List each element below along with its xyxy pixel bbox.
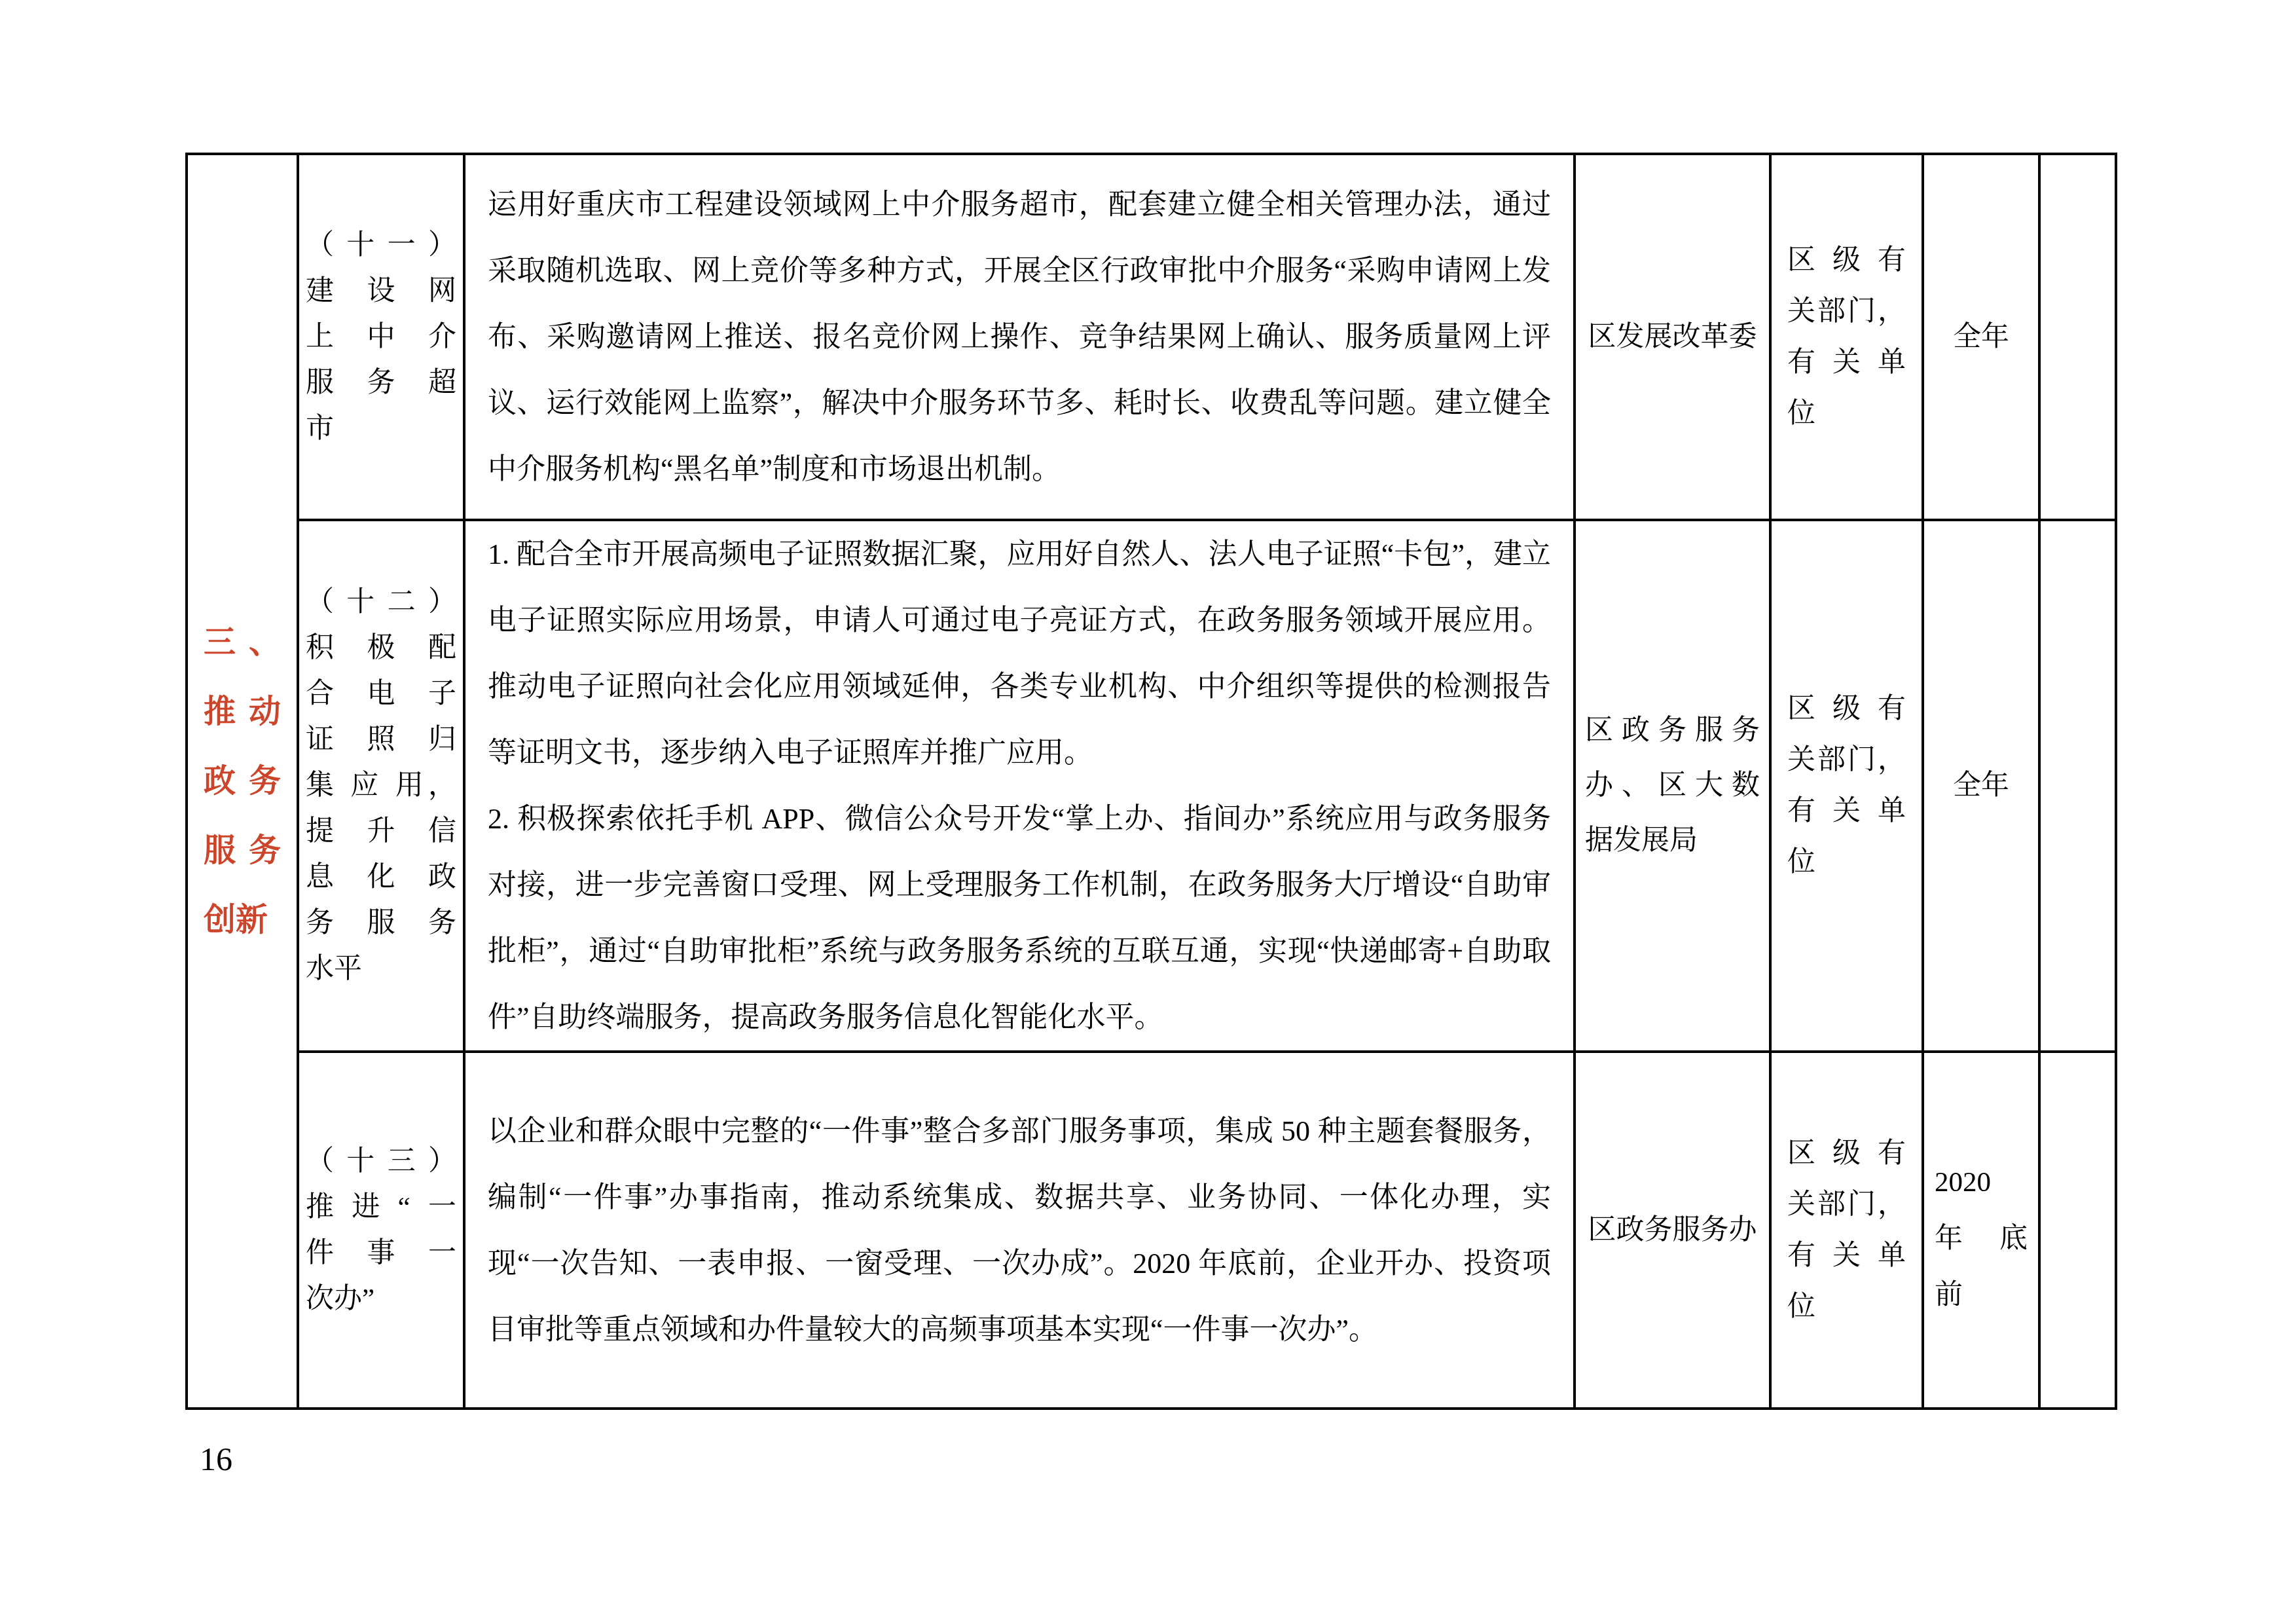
work-plan-table: 三、推 动政 务服 务创新 （十一）建 设 网上 中 介服 务 超市 运用好重庆… [185, 153, 2117, 1410]
cooperating-cell: 区 级 有关部门，有 关 单位 [1770, 1052, 1923, 1409]
description-cell: 以企业和群众眼中完整的“一件事”整合多部门服务事项，集成 50 种主题套餐服务，… [464, 1052, 1575, 1409]
responsible-cell: 区政务服务办、区大数据发展局 [1575, 520, 1770, 1052]
table-row: （十三）推进“一件 事 一次办” 以企业和群众眼中完整的“一件事”整合多部门服务… [187, 1052, 2116, 1409]
empty-cell [2039, 1052, 2116, 1409]
task-cell: （十一）建 设 网上 中 介服 务 超市 [298, 154, 464, 520]
time-cell: 全年 [1923, 154, 2039, 520]
responsible-cell: 区政务服务办 [1575, 1052, 1770, 1409]
table-row: （十二）积 极 配合 电 子证 照 归集 应 用，提 升 信息 化 政务 服 务… [187, 520, 2116, 1052]
task-cell: （十二）积 极 配合 电 子证 照 归集 应 用，提 升 信息 化 政务 服 务… [298, 520, 464, 1052]
empty-cell [2039, 154, 2116, 520]
description-cell: 1. 配合全市开展高频电子证照数据汇聚，应用好自然人、法人电子证照“卡包”，建立… [464, 520, 1575, 1052]
description-cell: 运用好重庆市工程建设领域网上中介服务超市，配套建立健全相关管理办法，通过采取随机… [464, 154, 1575, 520]
category-cell: 三、推 动政 务服 务创新 [187, 154, 298, 1409]
document-page: 三、推 动政 务服 务创新 （十一）建 设 网上 中 介服 务 超市 运用好重庆… [0, 0, 2296, 1624]
time-cell: 2020年 底前 [1923, 1052, 2039, 1409]
responsible-cell: 区发展改革委 [1575, 154, 1770, 520]
task-cell: （十三）推进“一件 事 一次办” [298, 1052, 464, 1409]
cooperating-cell: 区 级 有关部门，有 关 单位 [1770, 520, 1923, 1052]
page-number: 16 [200, 1441, 232, 1477]
empty-cell [2039, 520, 2116, 1052]
cooperating-cell: 区 级 有关部门，有 关 单位 [1770, 154, 1923, 520]
table-row: 三、推 动政 务服 务创新 （十一）建 设 网上 中 介服 务 超市 运用好重庆… [187, 154, 2116, 520]
time-cell: 全年 [1923, 520, 2039, 1052]
